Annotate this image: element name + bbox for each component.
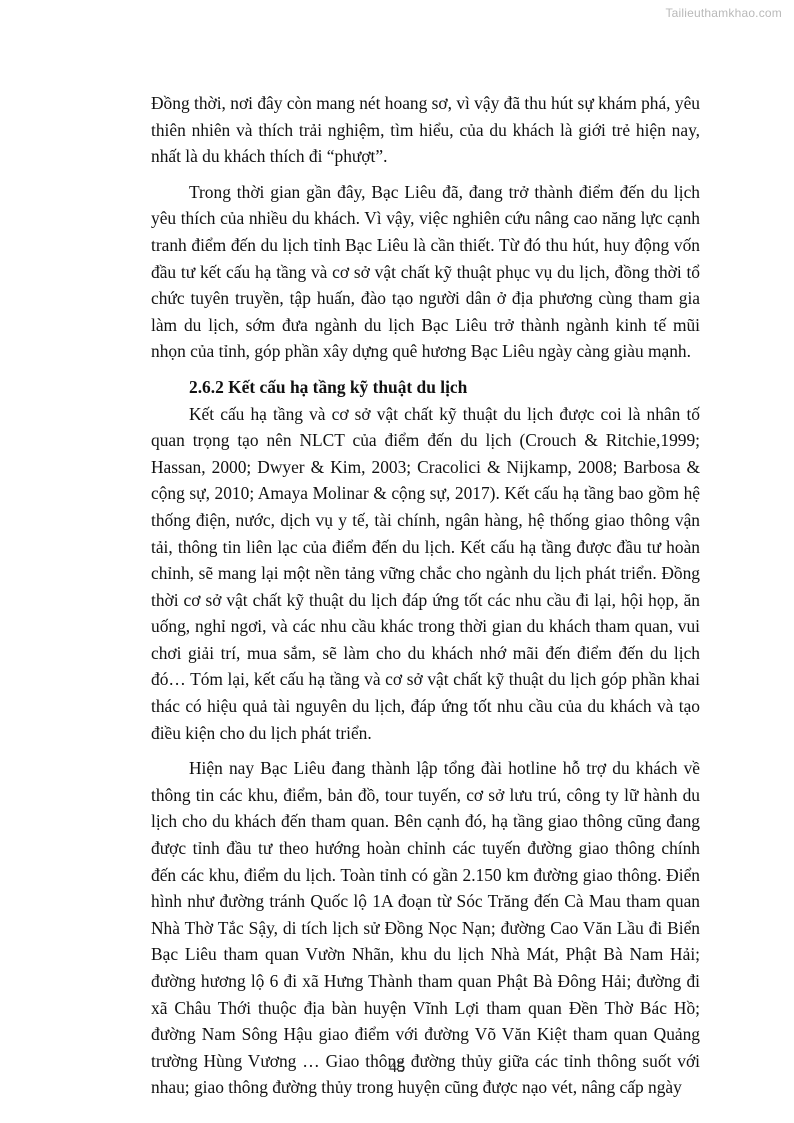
paragraph-bac-lieu-destination: Trong thời gian gần đây, Bạc Liêu đã, đa… bbox=[151, 179, 700, 365]
paragraph-infrastructure: Kết cấu hạ tầng và cơ sở vật chất kỹ thu… bbox=[151, 401, 700, 747]
page-number: 45 bbox=[0, 1059, 794, 1077]
section-heading: 2.6.2 Kết cấu hạ tầng kỹ thuật du lịch bbox=[151, 374, 700, 401]
document-page: Đồng thời, nơi đây còn mang nét hoang sơ… bbox=[151, 90, 700, 1101]
paragraph-hotline-transport: Hiện nay Bạc Liêu đang thành lập tổng đà… bbox=[151, 755, 700, 1101]
watermark: Tailieuthamkhao.com bbox=[665, 6, 782, 20]
paragraph-continuation: Đồng thời, nơi đây còn mang nét hoang sơ… bbox=[151, 90, 700, 170]
